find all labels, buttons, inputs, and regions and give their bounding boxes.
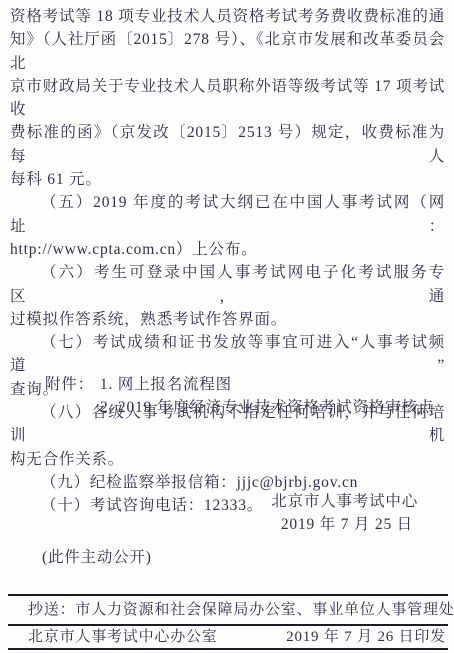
- attachment-label: 附件：: [45, 376, 94, 393]
- cc-text: 抄送：市人力资源和社会保障局办公室、事业单位人事管理处。: [28, 602, 454, 618]
- issue-date: 2019 年 7 月 25 日: [10, 513, 413, 536]
- document-footer: 抄送：市人力资源和社会保障局办公室、事业单位人事管理处。 北京市人事考试中心办公…: [8, 594, 448, 650]
- attachment-item-1: 1. 网上报名流程图: [100, 376, 232, 393]
- body-line: 资格考试等 18 项专业技术人员资格考试考务费收费标准的通: [10, 5, 445, 28]
- issuing-office: 北京市人事考试中心办公室: [28, 627, 218, 647]
- body-line: 构无合作关系。: [10, 448, 445, 471]
- notice-body: 资格考试等 18 项专业技术人员资格考试考务费收费标准的通 知》（人社厅函〔20…: [10, 5, 445, 518]
- body-line: 京市财政局关于专业技术人员职称外语等级考试等 17 项考试收: [10, 75, 445, 122]
- print-date: 2019 年 7 月 26 日印发: [286, 627, 446, 647]
- body-line-item-7: （七）考试成绩和证书发放等事宜可进入“人事考试频道”: [10, 331, 445, 378]
- body-line-item-5: （五）2019 年度的考试大纲已在中国人事考试网（网址：: [10, 191, 445, 238]
- body-line: 过模拟作答系统，熟悉考试作答界面。: [10, 308, 445, 331]
- attachment-block: 附件：1. 网上报名流程图 2. 2019 年度经济专业技术资格考试资格审核点: [10, 373, 445, 420]
- attachment-item-2: 2. 2019 年度经济专业技术资格考试资格审核点: [100, 399, 434, 416]
- disclosure-note: (此件主动公开): [42, 546, 152, 569]
- cc-row: 抄送：市人力资源和社会保障局办公室、事业单位人事管理处。: [8, 594, 448, 626]
- official-notice-page: 资格考试等 18 项专业技术人员资格考试考务费收费标准的通 知》（人社厅函〔20…: [0, 0, 454, 653]
- issue-row: 北京市人事考试中心办公室 2019 年 7 月 26 日印发: [8, 626, 448, 650]
- body-line-item-6: （六）考生可登录中国人事考试网电子化考试服务专区，通: [10, 261, 445, 308]
- issuing-organization: 北京市人事考试中心: [10, 490, 418, 513]
- signature-block: 北京市人事考试中心 2019 年 7 月 25 日: [10, 490, 418, 537]
- body-line: 费标准的函》（京发改〔2015〕2513 号）规定，收费标准为每人: [10, 121, 445, 168]
- body-line-url: http://www.cpta.com.cn）上公布。: [10, 238, 445, 261]
- attachment-line-1: 附件：1. 网上报名流程图: [45, 373, 445, 396]
- attachment-line-2: 2. 2019 年度经济专业技术资格考试资格审核点: [100, 396, 445, 419]
- body-line: 每科 61 元。: [10, 168, 445, 191]
- body-line: 知》（人社厅函〔2015〕278 号）、《北京市发展和改革委员会 北: [10, 28, 445, 75]
